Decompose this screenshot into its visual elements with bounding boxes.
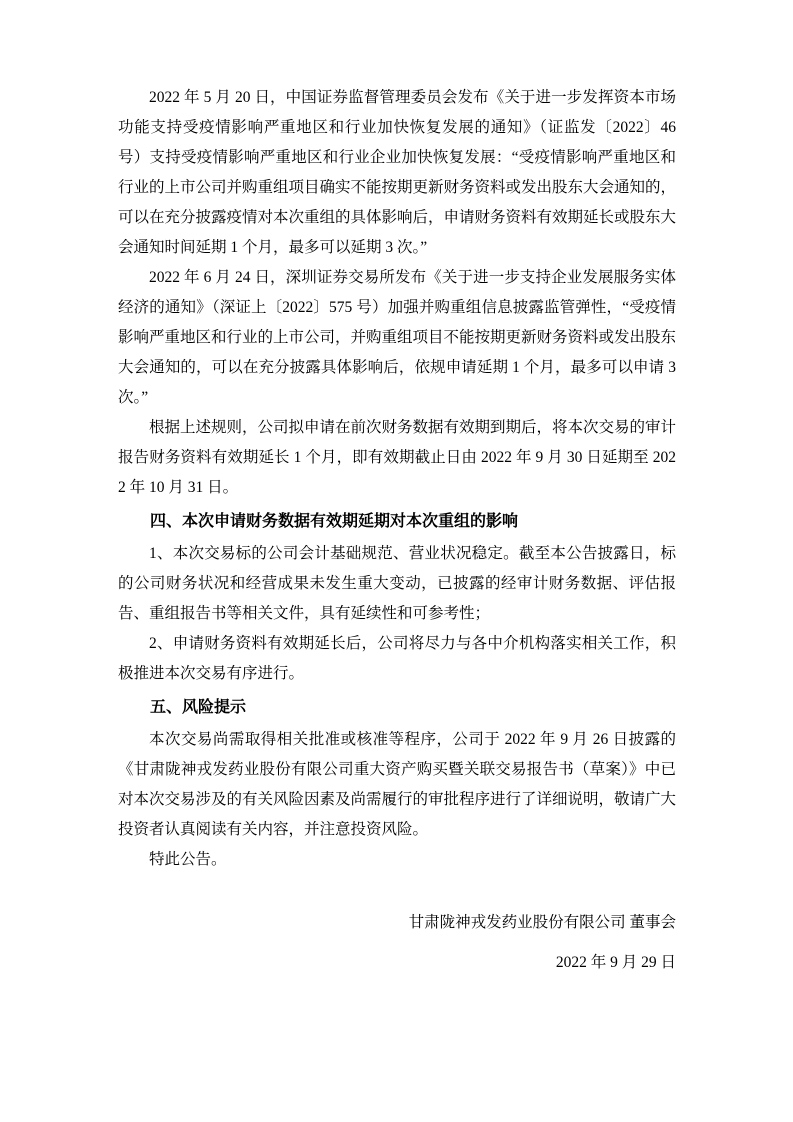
section-heading-4: 四、本次申请财务数据有效期延期对本次重组的影响: [118, 507, 676, 537]
signature-date: 2022 年 9 月 29 日: [118, 943, 676, 983]
announcement-page: 2022 年 5 月 20 日，中国证券监督管理委员会发布《关于进一步发挥资本市…: [0, 0, 793, 1122]
section-heading-5: 五、风险提示: [118, 693, 676, 723]
paragraph-impact-item-1: 1、本次交易标的公司会计基础规范、营业状况稳定。截至本公告披露日，标的公司财务状…: [118, 539, 676, 629]
paragraph-impact-item-2: 2、申请财务资料有效期延长后，公司将尽力与各中介机构落实相关工作，积极推进本次交…: [118, 629, 676, 689]
paragraph-csrc-notice: 2022 年 5 月 20 日，中国证券监督管理委员会发布《关于进一步发挥资本市…: [118, 83, 676, 263]
paragraph-szse-notice: 2022 年 6 月 24 日，深圳证券交易所发布《关于进一步支持企业发展服务实…: [118, 263, 676, 413]
signature-company: 甘肃陇神戎发药业股份有限公司 董事会: [118, 903, 676, 943]
paragraph-extension-plan: 根据上述规则，公司拟申请在前次财务数据有效期到期后，将本次交易的审计报告财务资料…: [118, 413, 676, 503]
paragraph-closing: 特此公告。: [118, 845, 676, 875]
paragraph-risk-notice: 本次交易尚需取得相关批准或核准等程序，公司于 2022 年 9 月 26 日披露…: [118, 725, 676, 845]
signature-block: 甘肃陇神戎发药业股份有限公司 董事会 2022 年 9 月 29 日: [118, 903, 676, 983]
